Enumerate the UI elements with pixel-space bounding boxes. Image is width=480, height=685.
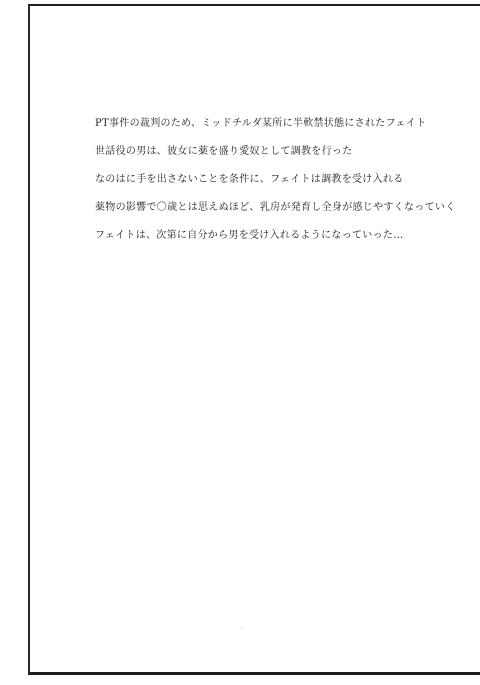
synopsis-line-1: PT事件の裁判のため、ミッドチルダ某所に半軟禁状態にされたフェイト [95,110,448,138]
synopsis-line-4: 薬物の影響で〇歳とは思えぬほど、乳房が発育し全身が感じやすくなっていく [95,194,448,222]
synopsis-line-2: 世話役の男は、彼女に薬を盛り愛奴として調教を行った [95,138,448,166]
page-border-frame: PT事件の裁判のため、ミッドチルダ某所に半軟禁状態にされたフェイト 世話役の男は… [28,4,480,675]
synopsis-text-block: PT事件の裁判のため、ミッドチルダ某所に半軟禁状態にされたフェイト 世話役の男は… [95,110,448,250]
synopsis-line-3: なのはに手を出さないことを条件に、フェイトは調教を受け入れる [95,166,448,194]
synopsis-line-5: フェイトは、次第に自分から男を受け入れるようになっていった… [95,222,448,250]
footer-page-mark: · [241,626,243,633]
scanned-document-page: PT事件の裁判のため、ミッドチルダ某所に半軟禁状態にされたフェイト 世話役の男は… [0,0,480,685]
